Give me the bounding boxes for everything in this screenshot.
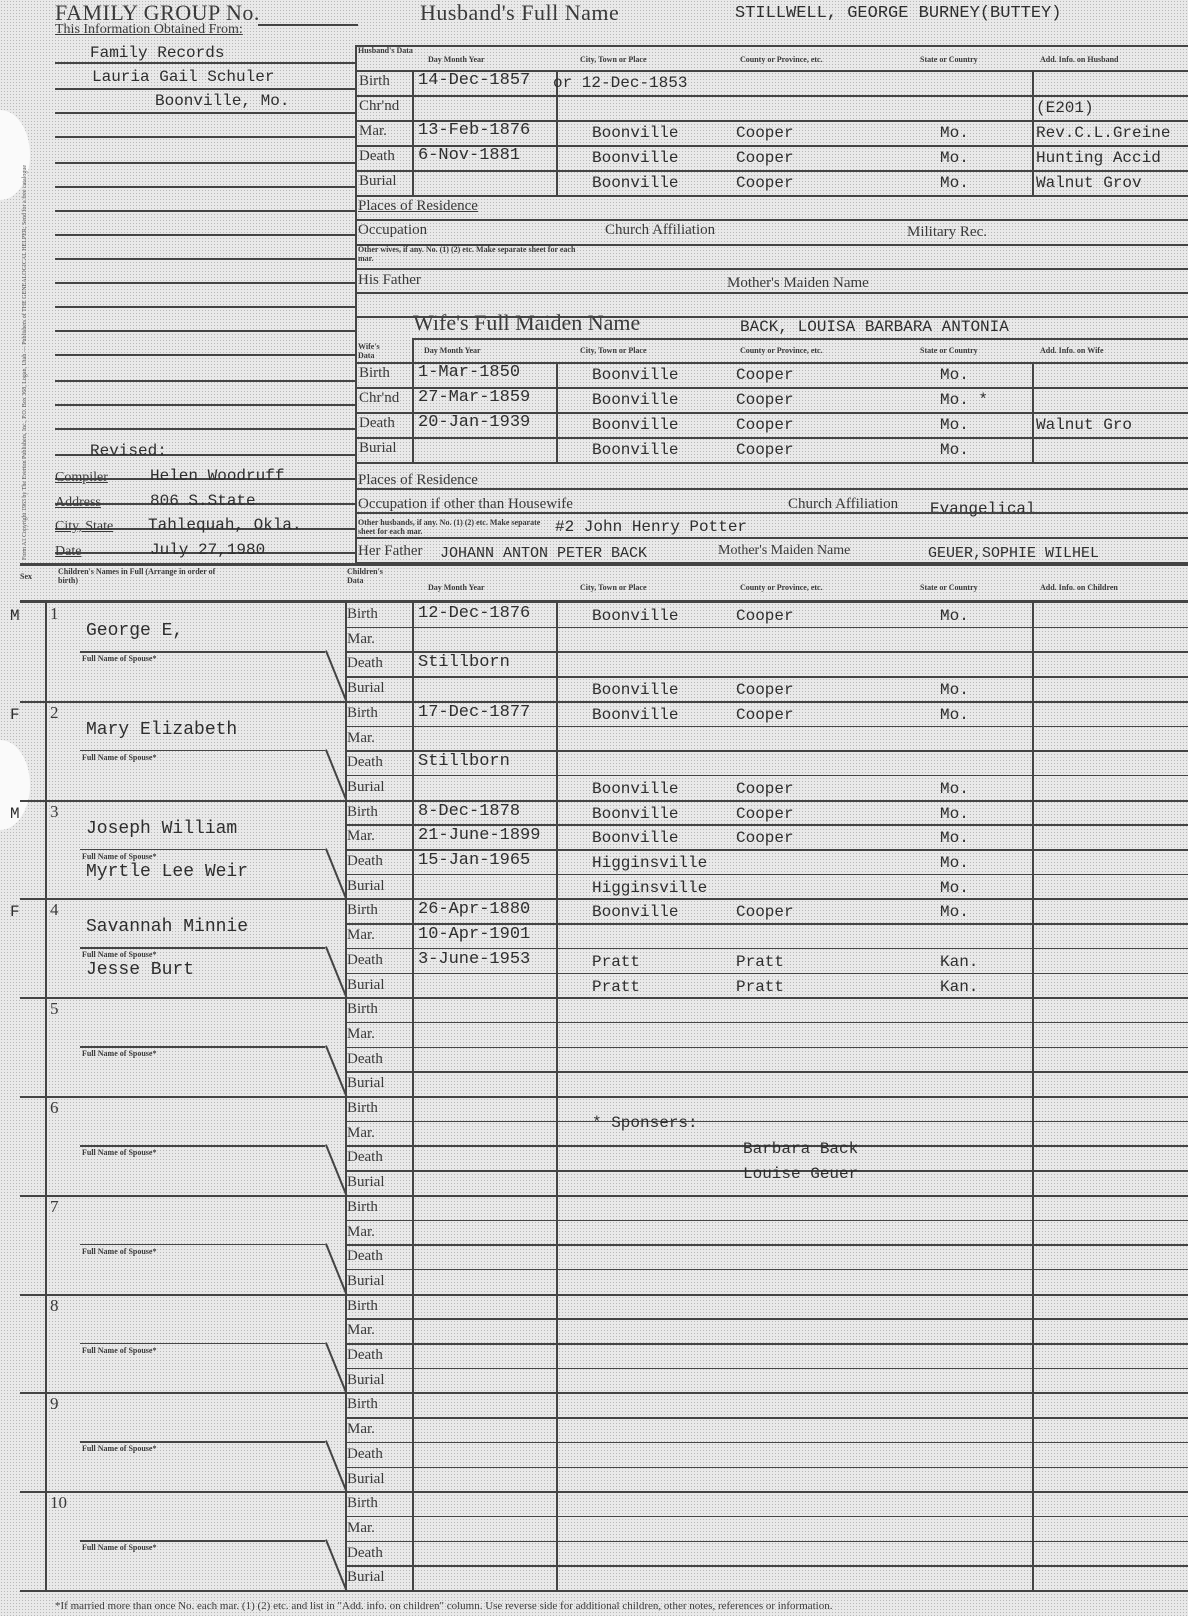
event-state[interactable]: Mo. (940, 780, 969, 798)
child-number: 2 (50, 703, 59, 723)
event-add-info[interactable]: Rev.C.L.Greine (1036, 124, 1170, 142)
event-label: Birth (347, 606, 378, 623)
event-label: Birth (359, 365, 390, 382)
event-state[interactable]: Mo. (940, 805, 969, 823)
event-add-info[interactable]: Walnut Grov (1036, 174, 1142, 192)
column-divider (1032, 70, 1034, 195)
col-header-county: County or Province, etc. (740, 346, 823, 355)
compiler-value[interactable]: Helen Woodruff (150, 467, 284, 485)
spouse-label: Full Name of Spouse* (82, 950, 156, 959)
address-label: Address (55, 495, 101, 511)
event-label: Death (347, 1545, 383, 1562)
spouse-label: Full Name of Spouse* (82, 753, 156, 762)
event-date[interactable]: 20-Jan-1939 (418, 413, 530, 432)
event-state[interactable]: Mo. (940, 854, 969, 872)
event-label: Birth (347, 1495, 378, 1512)
event-city[interactable]: Boonville (592, 416, 678, 434)
wife-church-value[interactable]: Evangelical (930, 500, 1036, 518)
spouse-line (80, 1343, 325, 1345)
child-number: 7 (50, 1197, 59, 1217)
city-state-label: City, State (55, 519, 113, 535)
ruled-line (55, 136, 355, 138)
spouse-label: Full Name of Spouse* (82, 1346, 156, 1355)
wife-name-label: Wife's Full Maiden Name (413, 310, 640, 336)
row-line (357, 512, 1188, 514)
row-line (347, 676, 1188, 678)
source-line-1[interactable]: Family Records (90, 44, 224, 62)
event-city[interactable]: Boonville (592, 607, 678, 625)
event-label: Burial (347, 1075, 385, 1092)
event-county[interactable]: Pratt (736, 978, 784, 996)
event-date[interactable]: 26-Apr-1880 (418, 900, 530, 919)
row-line (357, 268, 1188, 270)
event-label: Mar. (347, 1224, 375, 1241)
event-state[interactable]: Mo. (940, 607, 969, 625)
event-label: Birth (347, 705, 378, 722)
event-state[interactable]: Kan. (940, 953, 978, 971)
event-label: Mar. (347, 631, 375, 648)
event-state[interactable]: Mo. (940, 879, 969, 897)
husband-military-label: Military Rec. (907, 224, 987, 241)
event-label: Burial (347, 1471, 385, 1488)
event-state[interactable]: Mo. * (940, 391, 988, 409)
city-state-value[interactable]: Tahlequah, Okla. (148, 516, 302, 534)
row-line (347, 1269, 1188, 1271)
event-date[interactable]: 12-Dec-1876 (418, 604, 530, 623)
husband-name-label: Husband's Full Name (420, 0, 619, 26)
row-line (357, 537, 1188, 539)
col-header-county: County or Province, etc. (740, 55, 823, 64)
spouse-name[interactable]: Myrtle Lee Weir (86, 862, 248, 882)
child-name[interactable]: Joseph William (86, 819, 237, 839)
event-label: Mar. (347, 927, 375, 944)
ruled-line (55, 112, 355, 114)
child-sex[interactable]: M (10, 805, 20, 823)
wife-data-header: Wife's Data (358, 342, 398, 360)
event-state[interactable]: Mo. (940, 441, 969, 459)
event-city[interactable]: Higginsville (592, 854, 707, 872)
event-label: Birth (347, 1396, 378, 1413)
event-label: Death (347, 1446, 383, 1463)
event-label: Burial (347, 1174, 385, 1191)
event-label: Mar. (347, 1322, 375, 1339)
event-date[interactable]: 17-Dec-1877 (418, 703, 530, 722)
row-line (357, 562, 1188, 564)
event-label: Burial (347, 680, 385, 697)
event-state[interactable]: Mo. (940, 174, 969, 192)
children-names-header: Children's Names in Full (Arrange in ord… (58, 567, 228, 585)
event-label: Burial (359, 173, 397, 190)
event-state[interactable]: Mo. (940, 366, 969, 384)
event-city[interactable]: Boonville (592, 174, 678, 192)
event-label: Death (359, 415, 395, 432)
event-city[interactable]: Boonville (592, 706, 678, 724)
event-label: Death (347, 853, 383, 870)
her-father-label: Her Father (358, 543, 423, 560)
event-city[interactable]: or 12-Dec-1853 (553, 74, 687, 92)
sex-header: Sex (20, 572, 32, 581)
col-header-date: Day Month Year (428, 55, 485, 64)
spouse-line (80, 849, 325, 851)
event-label: Burial (347, 779, 385, 796)
event-date[interactable]: 3-June-1953 (418, 950, 530, 969)
row-line (357, 45, 1188, 47)
event-state[interactable]: Mo. (940, 149, 969, 167)
child-name[interactable]: George E, (86, 621, 183, 641)
spouse-label: Full Name of Spouse* (82, 1049, 156, 1058)
event-county[interactable]: Cooper (736, 780, 794, 798)
her-mother-label: Mother's Maiden Name (718, 543, 850, 559)
event-state[interactable]: Mo. (940, 416, 969, 434)
event-city[interactable]: Boonville (592, 441, 678, 459)
col-header-date: Day Month Year (424, 346, 481, 355)
row-line (347, 1022, 1188, 1024)
row-line (347, 874, 1188, 876)
ruled-line (55, 404, 355, 406)
row-line (357, 488, 1188, 490)
event-label: Mar. (347, 730, 375, 747)
event-add-info[interactable]: Walnut Gro (1036, 416, 1132, 434)
sponsor-name[interactable]: Louise Geuer (743, 1165, 858, 1183)
address-value[interactable]: 806 S.State (150, 492, 256, 510)
row-line (347, 1541, 1188, 1543)
event-label: Birth (347, 1298, 378, 1315)
row-line (347, 1516, 1188, 1518)
ruled-line (55, 234, 355, 236)
row-line (347, 1294, 1188, 1296)
row-line (347, 1220, 1188, 1222)
row-line (347, 1121, 1188, 1123)
event-city[interactable]: Boonville (592, 149, 678, 167)
row-line (357, 462, 1188, 464)
row-line (347, 1368, 1188, 1370)
row-line (347, 1071, 1188, 1073)
event-label: Death (347, 1051, 383, 1068)
row-line (357, 316, 1188, 318)
col-header-add-info-wife: Add. Info. on Wife (1040, 346, 1104, 355)
event-label: Birth (347, 1001, 378, 1018)
obtained-from-label: This Information Obtained From: (55, 22, 243, 38)
husband-occupation-label: Occupation (358, 222, 427, 239)
event-city[interactable]: Boonville (592, 805, 678, 823)
event-add-info[interactable]: Hunting Accid (1036, 149, 1161, 167)
child-number: 1 (50, 604, 59, 624)
child-number: 9 (50, 1394, 59, 1414)
event-label: Birth (347, 804, 378, 821)
spouse-line (80, 1046, 325, 1048)
children-data-header: Children's Data (347, 567, 397, 585)
event-label: Death (347, 952, 383, 969)
event-county[interactable]: Cooper (736, 607, 794, 625)
row-line (357, 170, 1188, 172)
row-line (347, 997, 1188, 999)
row-line (347, 1047, 1188, 1049)
ruled-line (55, 330, 355, 332)
event-state[interactable]: Kan. (940, 978, 978, 996)
child-number: 8 (50, 1296, 59, 1316)
event-date[interactable]: 1-Mar-1850 (418, 363, 520, 382)
event-label: Burial (347, 977, 385, 994)
col-header-state: State or Country (920, 583, 978, 592)
row-line (347, 1195, 1188, 1197)
event-label: Death (347, 1248, 383, 1265)
col-header-city: City, Town or Place (580, 55, 647, 64)
row-line (347, 1590, 1188, 1592)
ruled-line (55, 428, 355, 430)
child-number: 10 (50, 1493, 67, 1513)
event-label: Birth (347, 1199, 378, 1216)
spouse-line (80, 651, 325, 653)
event-date[interactable]: 15-Jan-1965 (418, 851, 530, 870)
wife-occupation-label: Occupation if other than Housewife (358, 496, 573, 513)
event-city[interactable]: Boonville (592, 366, 678, 384)
other-husbands-value[interactable]: #2 John Henry Potter (555, 518, 747, 536)
row-line (357, 219, 1188, 221)
row-line (357, 437, 1188, 439)
event-state[interactable]: Mo. (940, 829, 969, 847)
event-city[interactable]: Boonville (592, 780, 678, 798)
row-line (347, 1392, 1188, 1394)
source-line-3[interactable]: Boonville, Mo. (155, 92, 289, 110)
sponsors-label: * Sponsers: (592, 1114, 698, 1132)
col-header-city: City, Town or Place (580, 346, 647, 355)
compiler-label: Compiler (55, 470, 108, 486)
footnote: *If married more than once No. each mar.… (55, 1600, 833, 1612)
ruled-line (55, 282, 355, 284)
child-sex[interactable]: M (10, 607, 20, 625)
event-state[interactable]: Mo. (940, 681, 969, 699)
spouse-label: Full Name of Spouse* (82, 1247, 156, 1256)
col-header-add-info-children: Add. Info. on Children (1040, 583, 1118, 592)
row-line (347, 627, 1188, 629)
row-line (347, 973, 1188, 975)
event-date[interactable]: 10-Apr-1901 (418, 925, 530, 944)
event-label: Birth (347, 902, 378, 919)
spouse-label: Full Name of Spouse* (82, 852, 156, 861)
event-county[interactable]: Cooper (736, 829, 794, 847)
child-number: 5 (50, 999, 59, 1019)
husband-residence-label: Places of Residence (358, 198, 478, 215)
event-county[interactable]: Cooper (736, 681, 794, 699)
row-line (347, 1244, 1188, 1246)
event-county[interactable]: Cooper (736, 903, 794, 921)
col-header-add-info-husband: Add. Info. on Husband (1040, 55, 1118, 64)
event-label: Chr'nd (359, 390, 399, 407)
event-label: Mar. (347, 1026, 375, 1043)
copyright-vertical-text: Form A1 Copyright 1963 by The Everton Pu… (8, 210, 48, 560)
event-add-info[interactable]: (E201) (1036, 99, 1094, 117)
event-date[interactable]: 8-Dec-1878 (418, 802, 520, 821)
sponsor-name[interactable]: Barbara Back (743, 1140, 858, 1158)
event-label: Mar. (359, 123, 387, 140)
column-divider (412, 338, 414, 362)
event-county[interactable]: Pratt (736, 953, 784, 971)
event-county[interactable]: Cooper (736, 124, 794, 142)
event-county[interactable]: Cooper (736, 391, 794, 409)
child-sex[interactable]: F (10, 903, 20, 921)
event-date[interactable]: 27-Mar-1859 (418, 388, 530, 407)
event-city[interactable]: Boonville (592, 124, 678, 142)
event-county[interactable]: Cooper (736, 805, 794, 823)
revised-label: Revised: (90, 442, 167, 460)
event-state[interactable]: Mo. (940, 903, 969, 921)
ruled-line (55, 88, 355, 90)
spouse-line (80, 1441, 325, 1443)
col-header-date: Day Month Year (428, 583, 485, 592)
row-line (357, 70, 1188, 72)
event-city[interactable]: Boonville (592, 681, 678, 699)
row-line (347, 1343, 1188, 1345)
event-city[interactable]: Pratt (592, 978, 640, 996)
event-date[interactable]: 6-Nov-1881 (418, 146, 520, 165)
event-label: Burial (347, 1273, 385, 1290)
col-header-state: State or Country (920, 55, 978, 64)
event-date[interactable]: Stillborn (418, 752, 510, 771)
row-line (357, 292, 1188, 294)
row-line (347, 1565, 1188, 1567)
event-date[interactable]: Stillborn (418, 653, 510, 672)
husband-church-label: Church Affiliation (605, 222, 715, 239)
event-county[interactable]: Cooper (736, 706, 794, 724)
wife-residence-label: Places of Residence (358, 472, 478, 489)
event-label: Mar. (347, 1421, 375, 1438)
spouse-label: Full Name of Spouse* (82, 654, 156, 663)
spouse-label: Full Name of Spouse* (82, 1543, 156, 1552)
child-number: 6 (50, 1098, 59, 1118)
ruled-line (55, 210, 355, 212)
row-line (357, 195, 1188, 197)
ruled-line (55, 186, 355, 188)
spouse-line (80, 1244, 325, 1246)
event-county[interactable]: Cooper (736, 416, 794, 434)
her-mother-value[interactable]: GEUER,SOPHIE WILHEL (928, 545, 1099, 562)
date-value[interactable]: July 27,1980 (150, 541, 265, 559)
event-county[interactable]: Cooper (736, 149, 794, 167)
event-label: Birth (359, 73, 390, 90)
wife-church-label: Church Affiliation (788, 496, 898, 513)
row-line (347, 1442, 1188, 1444)
row-line (347, 1318, 1188, 1320)
spouse-name[interactable]: Jesse Burt (86, 960, 194, 980)
event-city[interactable]: Higginsville (592, 879, 707, 897)
child-name[interactable]: Mary Elizabeth (86, 720, 237, 740)
event-label: Burial (347, 1569, 385, 1586)
event-label: Mar. (347, 1520, 375, 1537)
spouse-line (80, 1540, 325, 1542)
event-date[interactable]: 21-June-1899 (418, 826, 540, 845)
event-county[interactable]: Cooper (736, 441, 794, 459)
event-label: Death (347, 1149, 383, 1166)
ruled-line (55, 62, 355, 64)
event-label: Birth (347, 1100, 378, 1117)
row-line (347, 1467, 1188, 1469)
spouse-line (80, 750, 325, 752)
col-header-state: State or Country (920, 346, 978, 355)
other-husbands-label: Other husbands, if any. No. (1) (2) etc.… (358, 518, 558, 536)
row-line (347, 1491, 1188, 1493)
event-city[interactable]: Pratt (592, 953, 640, 971)
event-label: Burial (347, 878, 385, 895)
event-label: Death (347, 1347, 383, 1364)
event-label: Mar. (347, 828, 375, 845)
event-label: Chr'nd (359, 98, 399, 115)
row-line (347, 775, 1188, 777)
ruled-line (55, 380, 355, 382)
event-label: Burial (347, 1372, 385, 1389)
ruled-line (55, 258, 355, 260)
event-label: Mar. (347, 1125, 375, 1142)
ruled-line (55, 354, 355, 356)
col-header-county: County or Province, etc. (740, 583, 823, 592)
child-number: 3 (50, 802, 59, 822)
event-county[interactable]: Cooper (736, 174, 794, 192)
row-line (347, 1417, 1188, 1419)
row-line (357, 362, 1188, 364)
spouse-line (80, 947, 325, 949)
child-name[interactable]: Savannah Minnie (86, 917, 248, 937)
spouse-label: Full Name of Spouse* (82, 1444, 156, 1453)
husband-data-header: Husband's Data (358, 46, 410, 55)
spouse-line (80, 1145, 325, 1147)
his-father-label: His Father (358, 272, 421, 289)
ruled-line (55, 162, 355, 164)
row-line (357, 95, 1188, 97)
event-label: Death (347, 655, 383, 672)
row-line (347, 726, 1188, 728)
child-sex[interactable]: F (10, 706, 20, 724)
event-date[interactable]: 14-Dec-1857 (418, 71, 530, 90)
source-line-2[interactable]: Lauria Gail Schuler (92, 68, 274, 86)
other-wives-label: Other wives, if any. No. (1) (2) etc. Ma… (358, 245, 578, 263)
row-line (357, 244, 1188, 246)
col-header-city: City, Town or Place (580, 583, 647, 592)
event-state[interactable]: Mo. (940, 124, 969, 142)
event-city[interactable]: Boonville (592, 829, 678, 847)
column-divider (412, 70, 414, 195)
event-county[interactable]: Cooper (736, 366, 794, 384)
ruled-line (55, 306, 355, 308)
event-state[interactable]: Mo. (940, 706, 969, 724)
husband-name-value[interactable]: STILLWELL, GEORGE BURNEY(BUTTEY) (735, 4, 1061, 23)
row-line (347, 1096, 1188, 1098)
event-date[interactable]: 13-Feb-1876 (418, 121, 530, 140)
wife-name-value[interactable]: BACK, LOUISA BARBARA ANTONIA (740, 318, 1009, 336)
event-label: Death (347, 754, 383, 771)
event-city[interactable]: Boonville (592, 903, 678, 921)
date-label: Date (55, 544, 81, 560)
child-number: 4 (50, 900, 59, 920)
event-label: Death (359, 148, 395, 165)
event-label: Burial (359, 440, 397, 457)
row-line (412, 338, 1188, 340)
her-father-value[interactable]: JOHANN ANTON PETER BACK (440, 545, 647, 562)
event-city[interactable]: Boonville (592, 391, 678, 409)
spouse-label: Full Name of Spouse* (82, 1148, 156, 1157)
his-mother-label: Mother's Maiden Name (727, 275, 869, 292)
group-number-field[interactable] (258, 24, 358, 26)
